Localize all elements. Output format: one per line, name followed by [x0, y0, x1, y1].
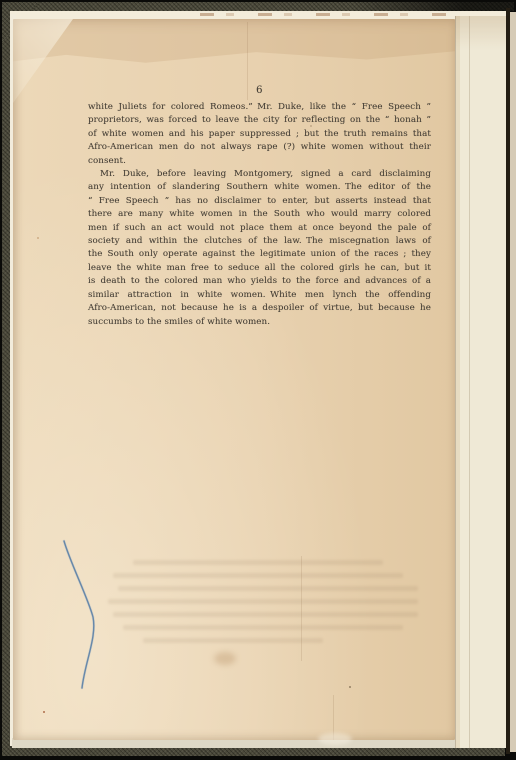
text-line: is death to the colored man who yields t…: [88, 275, 431, 288]
page-stack-fore-edge: [455, 16, 507, 748]
paper-crease: [301, 556, 302, 661]
text-line: of white women and his paper suppressed …: [88, 128, 431, 141]
text-line: men if such an act would not place them …: [88, 222, 431, 235]
page-number: 6: [88, 85, 431, 96]
text-line: “ Free Speech ” has no disclaimer to ent…: [88, 195, 431, 208]
book-cover-top-edge: [2, 2, 514, 11]
paper-smudge: [318, 733, 352, 745]
text-line: succumbs to the smiles of white women.: [88, 316, 431, 329]
ghost-text-line: [113, 612, 418, 617]
text-line: proprietors, was forced to leave the cit…: [88, 114, 431, 127]
ghost-text-line: [143, 638, 323, 643]
paper-smudge: [214, 652, 236, 665]
text-line: Afro-American men do not always rape (?)…: [88, 141, 431, 154]
page-top-discoloration: [13, 19, 455, 65]
text-line: leave the white man free to seduce all t…: [88, 262, 431, 275]
text-line: the South only operate against the legit…: [88, 248, 431, 261]
dog-ear-fold: [13, 19, 73, 103]
paper-speck: [349, 686, 351, 688]
text-line: society and within the clutches of the l…: [88, 235, 431, 248]
ghost-text-line: [123, 625, 403, 630]
text-line: white Juliets for colored Romeos.” Mr. D…: [88, 101, 431, 114]
text-line: there are many white women in the South …: [88, 208, 431, 221]
body-text: white Juliets for colored Romeos.” Mr. D…: [88, 101, 431, 329]
paper-speck: [310, 125, 312, 127]
text-line: Mr. Duke, before leaving Montgomery, sig…: [88, 168, 431, 181]
page-edge-top-stains: [200, 13, 450, 16]
scanned-page: 6 white Juliets for colored Romeos.” Mr.…: [13, 19, 455, 740]
text-line: consent.: [88, 155, 431, 168]
paper-speck: [43, 711, 45, 713]
text-line: Afro-American, not because he is a despo…: [88, 302, 431, 315]
ghost-text-line: [113, 573, 403, 578]
scanned-book-photo: 6 white Juliets for colored Romeos.” Mr.…: [0, 0, 516, 760]
ghost-text-line: [108, 599, 418, 604]
cover-edge-right: [510, 12, 516, 752]
text-line: similar attraction in white women. White…: [88, 289, 431, 302]
ghost-text-line: [118, 586, 418, 591]
ghost-text-line: [133, 560, 383, 565]
text-line: any intention of slandering Southern whi…: [88, 181, 431, 194]
paper-speck: [37, 237, 39, 239]
paper-crease: [247, 22, 248, 100]
